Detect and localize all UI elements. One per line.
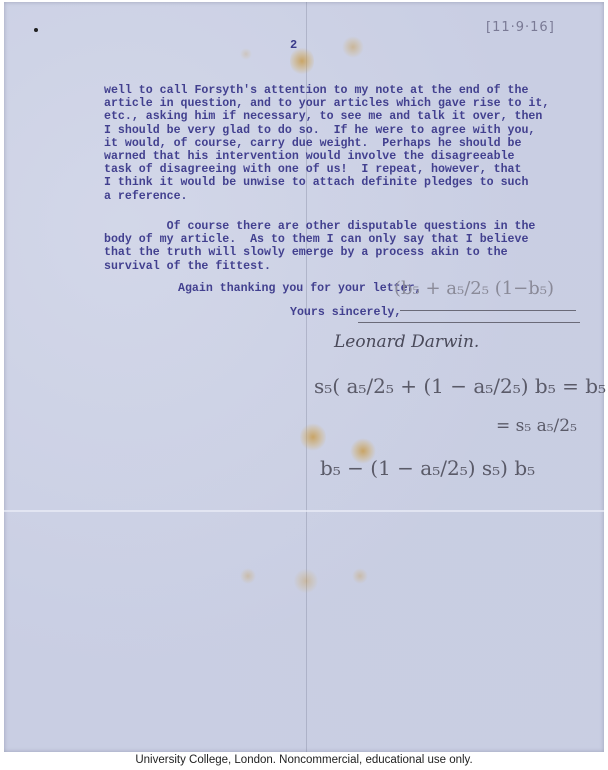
handwritten-math-line-2: s₅( a₅/2₅ + (1 − a₅/2₅) b₅ = b₅ — [314, 374, 606, 398]
stain — [300, 422, 326, 452]
closing-line: Again thanking you for your letter, — [178, 282, 422, 295]
stain — [294, 568, 318, 594]
stain — [352, 568, 368, 584]
signature: Leonard Darwin. — [334, 332, 479, 352]
stain — [240, 568, 256, 584]
archive-date-annotation: [11·9·16] — [486, 20, 555, 35]
paragraph-1: well to call Forsyth's attention to my n… — [104, 84, 549, 203]
handwritten-math-line-1: (b₅ + a₅/2₅ (1−b₅) — [394, 278, 554, 299]
handwritten-rule — [400, 310, 576, 311]
stain — [240, 48, 252, 60]
stain — [342, 36, 364, 58]
handwritten-math-line-4: b₅ − (1 − a₅/2₅) s₅) b₅ — [320, 456, 535, 480]
signoff: Yours sincerely, — [290, 306, 401, 319]
handwritten-math-line-3: = s₅ a₅/2₅ — [496, 416, 577, 436]
paragraph-2: Of course there are other disputable que… — [104, 220, 535, 273]
copyright-footer: University College, London. Noncommercia… — [0, 754, 608, 766]
fold-line-horizontal — [4, 510, 604, 512]
page-number: 2 — [290, 38, 297, 52]
ink-dot — [34, 28, 38, 32]
letter-page: [11·9·16] 2 well to call Forsyth's atten… — [4, 2, 604, 752]
handwritten-rule — [358, 322, 580, 323]
